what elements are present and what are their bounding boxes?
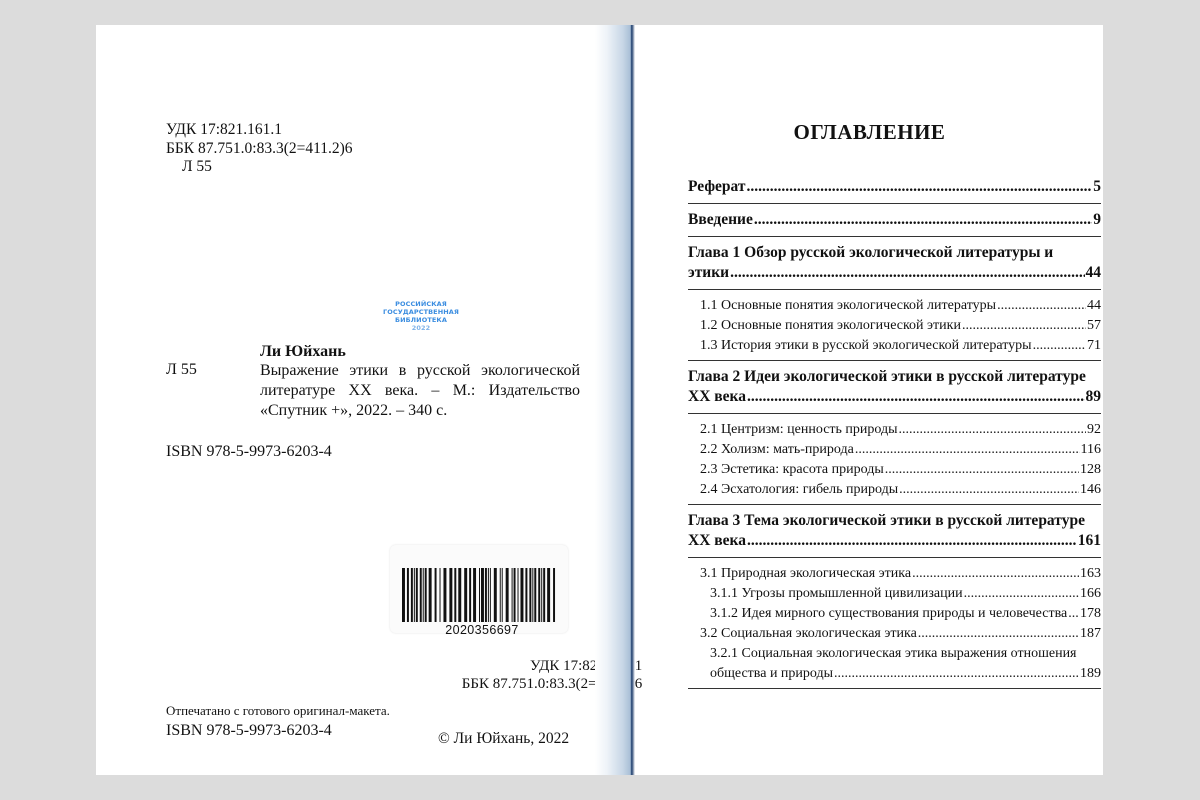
toc-entry-line: 1.3 История этики в русской экологическо… <box>700 336 1101 356</box>
toc-entry-line: 3.1.2 Идея мирного существования природы… <box>710 604 1101 624</box>
toc-leader-dots <box>855 440 1080 460</box>
toc-section: 3.2.1 Социальная экологическая этика выр… <box>688 644 1101 689</box>
imprint-page: УДК 17:821.161.1 ББК 87.751.0:83.3(2=411… <box>96 25 596 775</box>
barcode-number: 2020356697 <box>402 623 562 637</box>
toc-page-number: 9 <box>1093 210 1101 230</box>
library-stamp: РОССИЙСКАЯ ГОСУДАРСТВЕННАЯ БИБЛИОТЕКА 20… <box>376 300 466 332</box>
toc-entry-line: этики44 <box>688 263 1101 283</box>
copyright-notice: © Ли Юйхань, 2022 <box>438 730 569 748</box>
toc-entry-line: 1.2 Основные понятия экологической этики… <box>700 316 1101 336</box>
udk-code: УДК 17:821.161.1 <box>166 121 353 140</box>
stamp-line: ГОСУДАРСТВЕННАЯ <box>376 308 466 316</box>
toc-entry-line: Введение9 <box>688 210 1101 230</box>
toc-entry-line: XX века89 <box>688 387 1101 407</box>
toc-leader-dots <box>1033 336 1086 356</box>
table-of-contents: Реферат5Введение9Глава 1 Обзор русской э… <box>688 177 1101 695</box>
toc-section: 2.1 Центризм: ценность природы92 <box>688 420 1101 440</box>
toc-page-number: 178 <box>1080 604 1101 624</box>
toc-leader-dots <box>747 387 1085 407</box>
classification-block: УДК 17:821.161.1 ББК 87.751.0:83.3(2=411… <box>166 121 353 177</box>
toc-leader-dots <box>997 296 1086 316</box>
catalog-description: Выражение этики в русской экологической … <box>260 361 580 421</box>
toc-title-line: Глава 3 Тема экологической этики в русск… <box>688 511 1101 531</box>
toc-section: 3.2 Социальная экологическая этика187 <box>688 624 1101 644</box>
toc-entry-title: 1.3 История этики в русской экологическо… <box>700 336 1032 356</box>
toc-entry-title: 3.1 Природная экологическая этика <box>700 564 911 584</box>
toc-leader-dots <box>918 624 1079 644</box>
book-spine <box>595 25 635 775</box>
bbk-code: ББК 87.751.0:83.3(2=411.2)6 <box>166 140 353 159</box>
toc-entry-title: общества и природы <box>710 664 833 684</box>
toc-entry-title: 2.2 Холизм: мать-природа <box>700 440 854 460</box>
toc-leader-dots <box>885 460 1079 480</box>
toc-section: 3.1 Природная экологическая этика163 <box>688 564 1101 584</box>
toc-entry-line: 2.3 Эстетика: красота природы128 <box>700 460 1101 480</box>
toc-entry-title: 3.1.1 Угрозы промышленной цивилизации <box>710 584 963 604</box>
toc-entry-line: 2.2 Холизм: мать-природа116 <box>700 440 1101 460</box>
toc-page-number: 116 <box>1081 440 1101 460</box>
catalog-author: Ли Юйхань <box>260 343 346 361</box>
stamp-year: 2022 <box>376 324 466 332</box>
toc-section: 3.1.1 Угрозы промышленной цивилизации166 <box>688 584 1101 604</box>
toc-entry-title: XX века <box>688 387 746 407</box>
toc-section: 1.3 История этики в русской экологическо… <box>688 336 1101 361</box>
toc-leader-dots <box>899 480 1079 500</box>
toc-page-number: 44 <box>1087 296 1101 316</box>
barcode-icon <box>402 568 558 622</box>
toc-title-line: Глава 1 Обзор русской экологической лите… <box>688 243 1101 263</box>
toc-entry-title: 2.3 Эстетика: красота природы <box>700 460 884 480</box>
toc-page-number: 57 <box>1087 316 1101 336</box>
toc-entry-title: 2.1 Центризм: ценность природы <box>700 420 898 440</box>
toc-entry-title: XX века <box>688 531 746 551</box>
author-mark: Л 55 <box>166 158 353 177</box>
toc-entry-line: Реферат5 <box>688 177 1101 197</box>
toc-entry-title: 1.1 Основные понятия экологической литер… <box>700 296 996 316</box>
toc-entry-line: 1.1 Основные понятия экологической литер… <box>700 296 1101 316</box>
toc-section: 2.4 Эсхатология: гибель природы146 <box>688 480 1101 505</box>
toc-chapter: Глава 1 Обзор русской экологической лите… <box>688 243 1101 290</box>
toc-section: 1.1 Основные понятия экологической литер… <box>688 296 1101 316</box>
toc-section: 2.2 Холизм: мать-природа116 <box>688 440 1101 460</box>
toc-entry-line: 3.2 Социальная экологическая этика187 <box>700 624 1101 644</box>
toc-page-number: 161 <box>1078 531 1101 551</box>
toc-page-number: 166 <box>1080 584 1101 604</box>
toc-entry-title: Введение <box>688 210 753 230</box>
toc-page-number: 44 <box>1086 263 1102 283</box>
toc-leader-dots <box>730 263 1084 283</box>
toc-chapter: Введение9 <box>688 210 1101 237</box>
toc-entry-title: 3.1.2 Идея мирного существования природы… <box>710 604 1067 624</box>
toc-entry-line: 2.1 Центризм: ценность природы92 <box>700 420 1101 440</box>
toc-entry-title: этики <box>688 263 729 283</box>
toc-leader-dots <box>912 564 1079 584</box>
toc-page-number: 187 <box>1080 624 1101 644</box>
toc-page-number: 89 <box>1086 387 1102 407</box>
barcode-sticker: 2020356697 <box>390 545 568 633</box>
printed-note: Отпечатано с готового оригинал-макета. <box>166 703 390 719</box>
toc-leader-dots <box>747 531 1077 551</box>
toc-entry-line: 2.4 Эсхатология: гибель природы146 <box>700 480 1101 500</box>
toc-entry-line: XX века161 <box>688 531 1101 551</box>
toc-title-line: 3.2.1 Социальная экологическая этика выр… <box>710 644 1101 664</box>
toc-leader-dots <box>962 316 1086 336</box>
toc-page-number: 92 <box>1087 420 1101 440</box>
stamp-line: РОССИЙСКАЯ <box>376 300 466 308</box>
toc-entry-title: 3.2 Социальная экологическая этика <box>700 624 917 644</box>
toc-page-number: 5 <box>1093 177 1101 197</box>
toc-entry-line: 3.1.1 Угрозы промышленной цивилизации166 <box>710 584 1101 604</box>
toc-entry-title: 1.2 Основные понятия экологической этики <box>700 316 961 336</box>
toc-page-number: 71 <box>1087 336 1101 356</box>
toc-page-number: 189 <box>1080 664 1101 684</box>
toc-chapter: Глава 3 Тема экологической этики в русск… <box>688 511 1101 558</box>
toc-section: 2.3 Эстетика: красота природы128 <box>688 460 1101 480</box>
toc-leader-dots <box>1068 604 1079 624</box>
stamp-line: БИБЛИОТЕКА <box>376 316 466 324</box>
toc-section: 3.1.2 Идея мирного существования природы… <box>688 604 1101 624</box>
toc-entry-line: общества и природы189 <box>710 664 1101 684</box>
toc-page-number: 146 <box>1080 480 1101 500</box>
toc-section: 1.2 Основные понятия экологической этики… <box>688 316 1101 336</box>
catalog-isbn: ISBN 978-5-9973-6203-4 <box>166 443 332 461</box>
catalog-code: Л 55 <box>166 361 197 379</box>
toc-chapter: Глава 2 Идеи экологической этики в русск… <box>688 367 1101 414</box>
toc-title: ОГЛАВЛЕНИЕ <box>636 120 1103 145</box>
toc-leader-dots <box>964 584 1079 604</box>
contents-page: ОГЛАВЛЕНИЕ Реферат5Введение9Глава 1 Обзо… <box>636 25 1103 775</box>
toc-page-number: 128 <box>1080 460 1101 480</box>
toc-leader-dots <box>834 664 1079 684</box>
toc-page-number: 163 <box>1080 564 1101 584</box>
footer-isbn: ISBN 978-5-9973-6203-4 <box>166 722 332 740</box>
toc-entry-title: Реферат <box>688 177 746 197</box>
toc-entry-title: 2.4 Эсхатология: гибель природы <box>700 480 898 500</box>
toc-leader-dots <box>747 177 1093 197</box>
toc-leader-dots <box>899 420 1086 440</box>
toc-title-line: Глава 2 Идеи экологической этики в русск… <box>688 367 1101 387</box>
toc-entry-line: 3.1 Природная экологическая этика163 <box>700 564 1101 584</box>
toc-chapter: Реферат5 <box>688 177 1101 204</box>
toc-leader-dots <box>754 210 1092 230</box>
